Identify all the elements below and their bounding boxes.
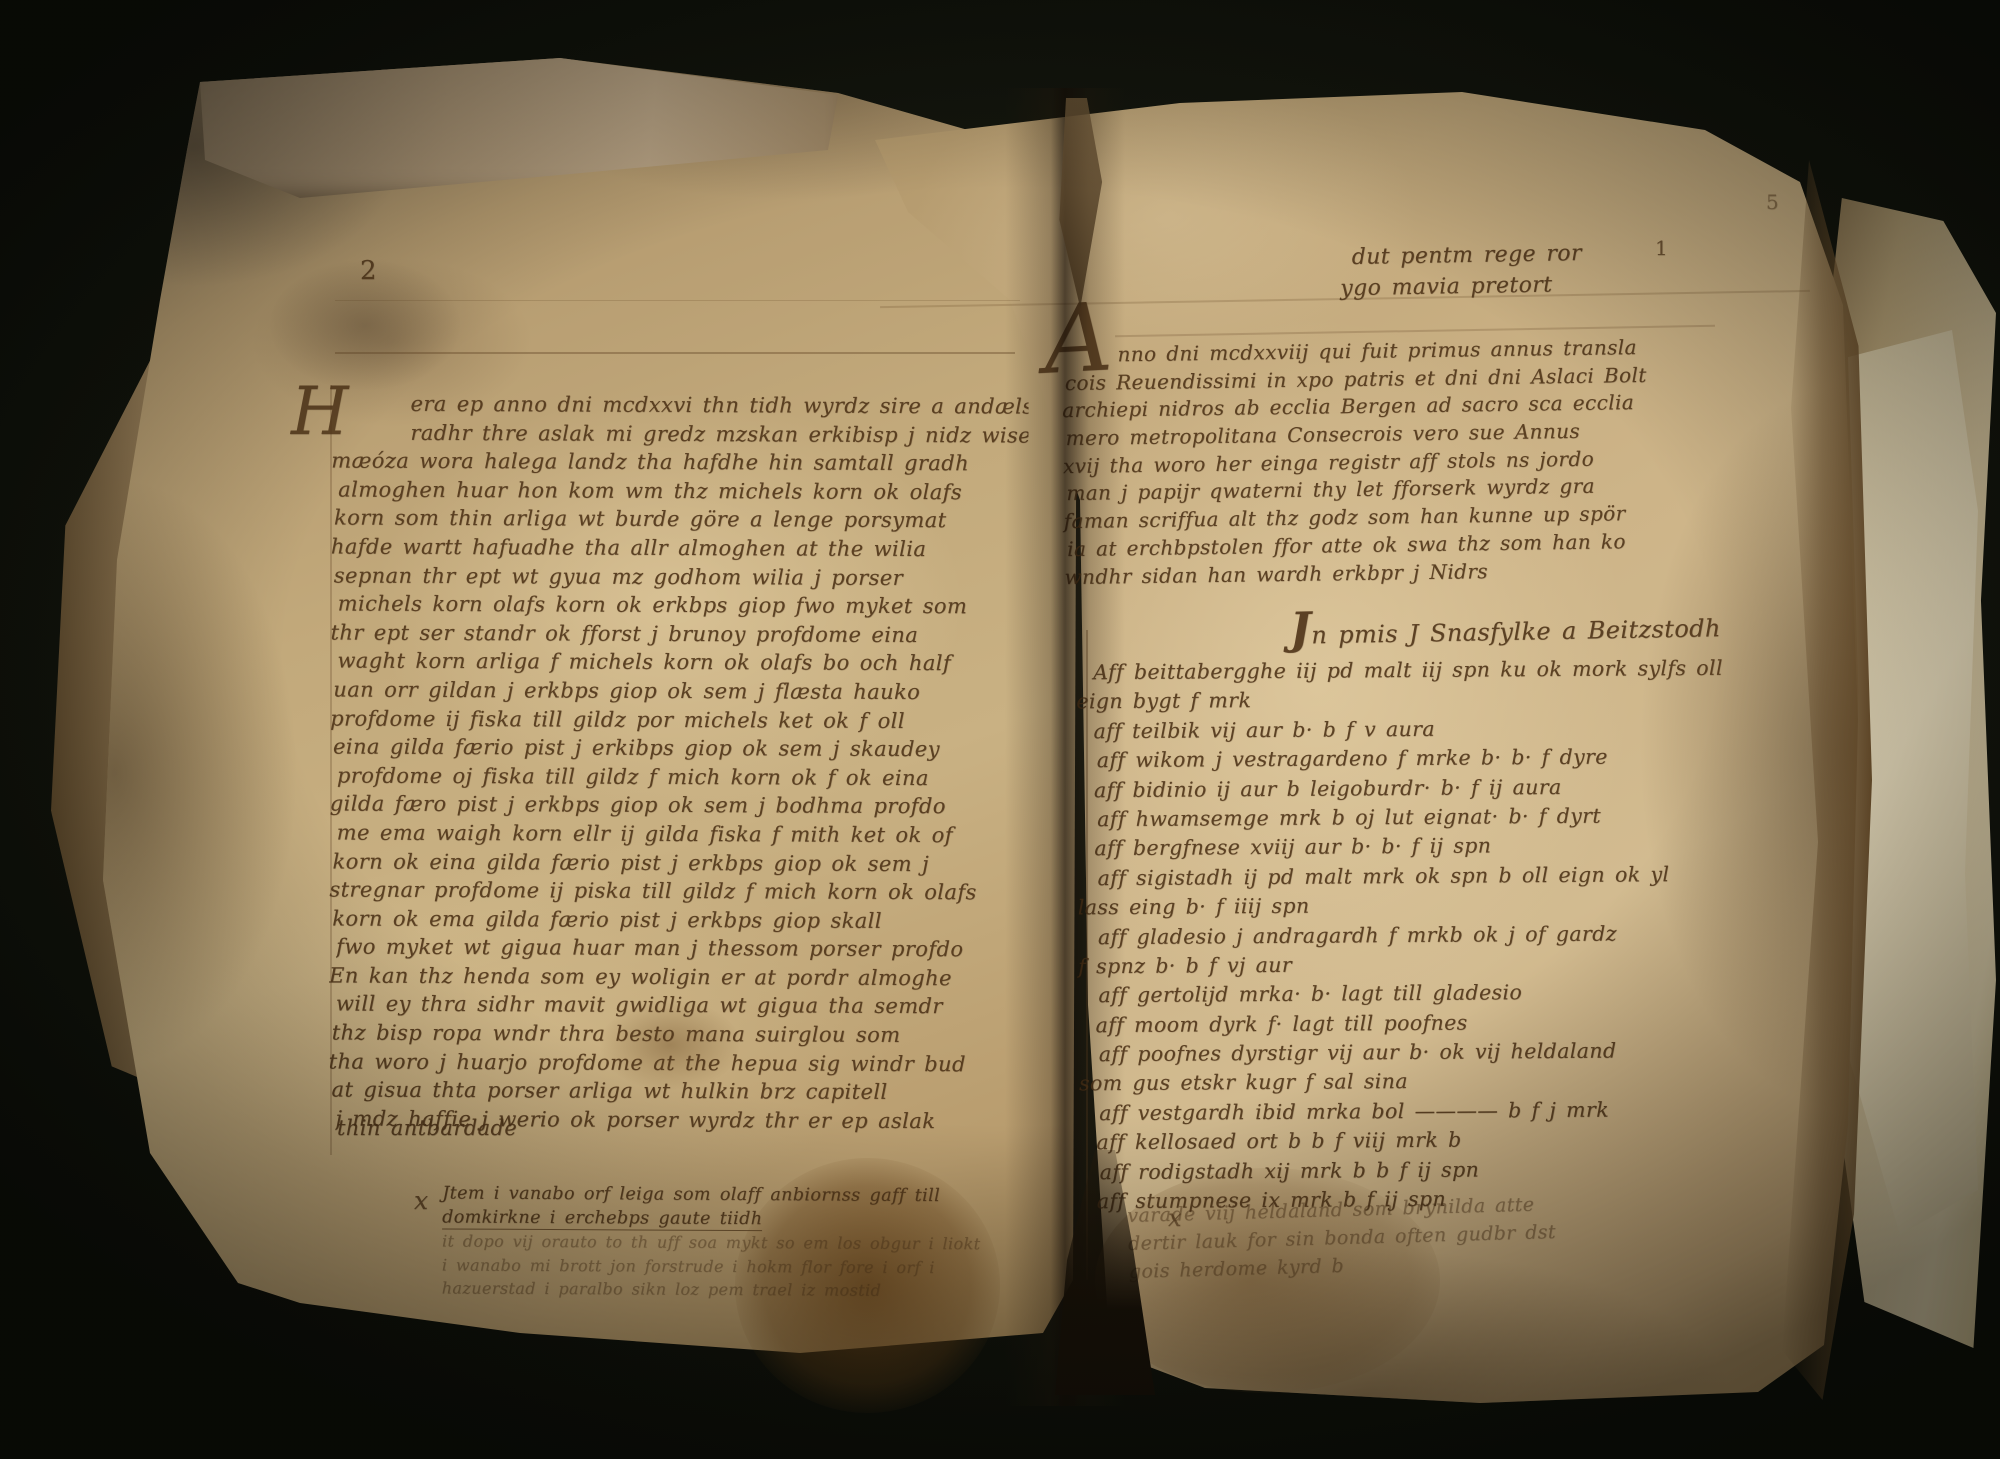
manuscript-line: michels korn olafs korn ok erkbps giop f… [338, 590, 1028, 622]
section-heading: Jn pmis J Snasfylke a Beitzstodh [1290, 596, 1722, 655]
right-folio-number: 1 [1655, 236, 1668, 260]
manuscript-line: aff sigistadh ij pd malt mrk ok spn b ol… [1097, 860, 1724, 894]
manuscript-line: som gus etskr kugr f sal sina [1079, 1065, 1726, 1099]
manuscript-line: aff kellosaed ort b b f viij mrk b [1096, 1124, 1726, 1158]
manuscript-line: aff vestgardh ibid mrka bol ———— b f j m… [1099, 1095, 1726, 1129]
manuscript-line: korn ok ema gilda færio pist j erkbps gi… [332, 904, 1026, 936]
manuscript-line: profdome ij fiska till gildz por michels… [330, 704, 1027, 736]
manuscript-line: stregnar profdome ij piska till gildz f … [329, 876, 1026, 908]
manuscript-line: En kan thz henda som ey woligin er at po… [329, 961, 1026, 993]
manuscript-line: eign bygt f mrk [1076, 683, 1723, 717]
manuscript-line: aff poofnes dyrstigr vij aur b· ok vij h… [1099, 1036, 1726, 1070]
right-list-block: Aff beittabergghe iij pd malt iij spn ku… [1093, 654, 1727, 1217]
manuscript-line: at gisua thta porser arliga wt hulkin br… [332, 1076, 1026, 1108]
manuscript-line: thz bisp ropa wndr thra besto mana suirg… [332, 1019, 1026, 1051]
manuscript-line: i wanabo mi brott jon forstrude i hokm f… [442, 1253, 1032, 1280]
manuscript-line: aff bergfnese xviij aur b· b· f ij spn [1094, 830, 1724, 864]
ruled-line [335, 300, 1020, 301]
manuscript-line: Jtem i vanabo orf leiga som olaff anbior… [442, 1182, 1032, 1209]
manuscript-line: fwo myket wt gigua huar man j thessom po… [336, 933, 1026, 965]
manuscript-line: dut pentm rege ror [1351, 238, 1582, 273]
footnote-marker: x [414, 1186, 429, 1215]
manuscript-line: aff hwamsemge mrk b oj lut eignat· b· f … [1097, 801, 1724, 835]
manuscript-line: aff bidinio ij aur b leigoburdr· b· f ij… [1094, 771, 1724, 805]
manuscript-line: aff teilbik vij aur b· b f v aura [1093, 713, 1723, 747]
right-paragraph-block: nno dni mcdxxviij qui fuit primus annus … [1061, 334, 1649, 591]
manuscript-line: aff gladesio j andragardh f mrkb ok j of… [1098, 918, 1725, 952]
manuscript-line: hazuerstad i paralbo sikn loz pem trael … [442, 1276, 1032, 1303]
manuscript-line: waght korn arliga f michels korn ok olaf… [337, 647, 1027, 679]
manuscript-photo: 2 H era ep anno dni mcdxxvi thn tidh wyr… [0, 0, 2000, 1459]
manuscript-line: me ema waigh korn ellr ij gilda fiska f … [337, 818, 1027, 850]
manuscript-line: hafde wartt hafuadhe tha allr almoghen a… [331, 532, 1028, 564]
manuscript-line: f spnz b· b f vj aur [1078, 948, 1725, 982]
manuscript-line: lass eing b· f iiij spn [1078, 889, 1725, 923]
manuscript-line: ygo mavia pretort [1340, 269, 1583, 304]
manuscript-line: sepnan thr ept wt gyua mz godhom wilia j… [334, 561, 1028, 593]
manuscript-line: tha woro j huarjo profdome at the hepua … [329, 1047, 1026, 1079]
manuscript-line: it dopo vij orauto to th uff soa mykt so… [442, 1229, 1032, 1256]
left-folio-number: 2 [360, 256, 377, 286]
manuscript-line: gilda færo pist j erkbps giop ok sem j b… [330, 790, 1027, 822]
manuscript-line: will ey thra sidhr mavit gwidliga wt gig… [336, 990, 1026, 1022]
manuscript-line: mæóza wora halega landz tha hafdhe hin s… [331, 447, 1028, 479]
manuscript-line: aff moom dyrk f· lagt till poofnes [1096, 1006, 1726, 1040]
manuscript-line: almoghen huar hon kom wm thz michels kor… [338, 475, 1028, 507]
manuscript-line: aff rodigstadh xij mrk b b f ij spn [1100, 1153, 1727, 1187]
right-faded-block: varade viij heldaland som brynilda atte … [1127, 1190, 1557, 1286]
manuscript-line: era ep anno dni mcdxxvi thn tidh wyrdz s… [410, 390, 1028, 421]
right-corner-number: 5 [1766, 190, 1779, 214]
manuscript-line: Aff beittabergghe iij pd malt iij spn ku… [1093, 654, 1723, 688]
manuscript-line: aff wikom j vestragardeno f mrke b· b· f… [1097, 742, 1724, 776]
manuscript-line: profdome oj fiska till gildz f mich korn… [337, 761, 1027, 793]
manuscript-line: korn som thin arliga wt burde göre a len… [334, 504, 1028, 536]
right-header-block: dut pentm rege ror ygo mavia pretort [1351, 238, 1582, 304]
manuscript-line: domkirkne i erchebps gaute tiidh [442, 1206, 1032, 1233]
ruled-line [335, 352, 1015, 354]
manuscript-line: thr ept ser standr ok fforst j brunoy pr… [331, 618, 1028, 650]
manuscript-line: eina gilda færio pist j erkibps giop ok … [333, 733, 1027, 765]
left-footnote-block: Jtem i vanabo orf leiga som olaff anbior… [442, 1182, 1033, 1303]
manuscript-line: korn ok eina gilda færio pist j erkbps g… [333, 847, 1027, 879]
manuscript-line: thin antbardade [337, 1116, 517, 1140]
left-text-block: era ep anno dni mcdxxvi thn tidh wyrdz s… [331, 389, 1028, 1135]
manuscript-line: radhr thre aslak mi gredz mzskan erkibis… [410, 418, 1028, 449]
manuscript-line: aff gertolijd mrka· b· lagt till gladesi… [1098, 977, 1725, 1011]
manuscript-line: uan orr gildan j erkbps giop ok sem j fl… [333, 675, 1027, 707]
